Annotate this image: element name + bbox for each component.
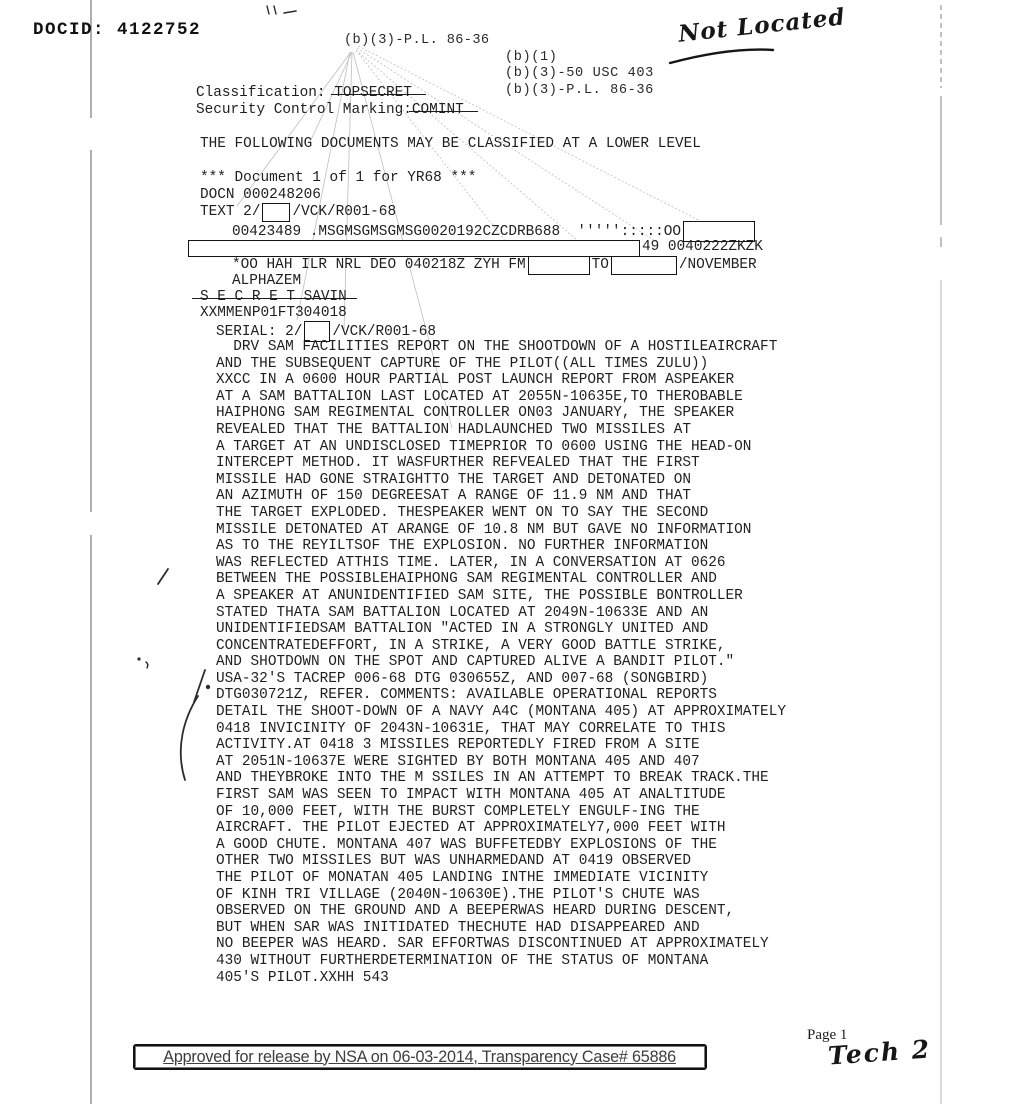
message-line-2: 49 0040222ZKZK — [188, 239, 763, 256]
text-line: BETWEEN THE POSSIBLEHAIPHONG SAM REGIMEN… — [216, 571, 786, 588]
text-line: USA-32'S TACREP 006-68 DTG 030655Z, AND … — [216, 671, 786, 688]
text-line: MISSILE DETONATED AT ARANGE OF 10.8 NM B… — [216, 522, 786, 539]
security-marking-line: Security Control Marking:COMINT — [196, 102, 464, 119]
message-line-3-suffix: /NOVEMBER — [679, 257, 757, 273]
text-line: THE TARGET EXPLODED. THESPEAKER WENT ON … — [216, 505, 786, 522]
text-line: OF 10,000 FEET, WITH THE BURST COMPLETEL… — [216, 804, 786, 821]
docid: DOCID: 4122752 — [33, 22, 201, 39]
docn-line: DOCN 000248206 — [200, 187, 321, 204]
text-line: OBSERVED ON THE GROUND AND A BEEPERWAS H… — [216, 903, 786, 920]
redaction-box — [528, 256, 590, 275]
exemption-label-top: (b)(3)-P.L. 86-36 — [344, 33, 489, 48]
text-line: A SPEAKER AT ANUNIDENTIFIED SAM SITE, TH… — [216, 588, 786, 605]
serial-line: SERIAL: 2//VCK/R001-68 — [216, 321, 436, 341]
message-line-3: *OO HAH ILR NRL DEO 040218Z ZYH FMTO/NOV… — [232, 256, 757, 274]
text-line: AT A SAM BATTALION LAST LOCATED AT 2055N… — [216, 389, 786, 406]
message-line-3-from: *OO HAH ILR NRL DEO 040218Z ZYH FM — [232, 257, 526, 273]
text-line: AN AZIMUTH OF 150 DEGREESAT A RANGE OF 1… — [216, 488, 786, 505]
text-line: BUT WHEN SAR WAS INITIDATED THECHUTE HAD… — [216, 920, 786, 937]
approval-stamp: Approved for release by NSA on 06-03-201… — [133, 1044, 707, 1070]
handwritten-tech2: Tech 2 — [827, 1034, 932, 1070]
marking-prefix: Security Control Marking: — [196, 102, 412, 118]
text-line: REVEALED THAT THE BATTALION HADLAUNCHED … — [216, 422, 786, 439]
text-serial-line: TEXT 2//VCK/R001-68 — [200, 203, 396, 221]
text-line: AIRCRAFT. THE PILOT EJECTED AT APPROXIMA… — [216, 820, 786, 837]
text-line: DETAIL THE SHOOT-DOWN OF A NAVY A4C (MON… — [216, 704, 786, 721]
text-line: NO BEEPER WAS HEARD. SAR EFFORTWAS DISCO… — [216, 936, 786, 953]
text-line: WAS REFLECTED ATTHIS TIME. LATER, IN A C… — [216, 555, 786, 572]
text-line: XXCC IN A 0600 HOUR PARTIAL POST LAUNCH … — [216, 372, 786, 389]
approval-stamp-text: Approved for release by NSA on 06-03-201… — [164, 1048, 677, 1067]
text-line: CONCENTRATEDEFFORT, IN A STRIKE, A VERY … — [216, 638, 786, 655]
lower-level-notice: THE FOLLOWING DOCUMENTS MAY BE CLASSIFIE… — [200, 136, 701, 153]
text-line: A GOOD CHUTE. MONTANA 407 WAS BUFFETEDBY… — [216, 837, 786, 854]
message-line-4: ALPHAZEM — [232, 273, 301, 290]
text-line: OF KINH TRI VILLAGE (2040N-10630E).THE P… — [216, 887, 786, 904]
text-line: AT 2051N-10637E WERE SIGHTED BY BOTH MON… — [216, 754, 786, 771]
redaction-box — [262, 203, 290, 222]
report-body: DRV SAM FACILITIES REPORT ON THE SHOOTDO… — [216, 339, 786, 986]
message-line-1-text: 00423489 .MSGMSGMSGMSG0020192CZCDRB688 '… — [232, 224, 681, 240]
text-line: INTERCEPT METHOD. IT WASFURTHER REFVEALE… — [216, 455, 786, 472]
text-line: HAIPHONG SAM REGIMENTAL CONTROLLER ON03 … — [216, 405, 786, 422]
exemption-labels-right: (b)(1)(b)(3)-50 USC 403(b)(3)-P.L. 86-36 — [505, 50, 654, 99]
secret-savin-line: S E C R E T SAVIN — [200, 289, 347, 306]
scanned-document-page: DOCID: 4122752 (b)(3)-P.L. 86-36 (b)(1)(… — [0, 0, 1011, 1104]
text-line: DTG030721Z, REFER. COMMENTS: AVAILABLE O… — [216, 687, 786, 704]
classification-value-struck: TOPSECRET — [334, 85, 412, 102]
text-line: UNIDENTIFIEDSAM BATTALION "ACTED IN A ST… — [216, 621, 786, 638]
text-line: DRV SAM FACILITIES REPORT ON THE SHOOTDO… — [216, 339, 786, 356]
secret-savin-struck: S E C R E T SAVIN — [200, 289, 347, 306]
text-line: A TARGET AT AN UNDISCLOSED TIMEPRIOR TO … — [216, 439, 786, 456]
redaction-box — [611, 256, 677, 275]
text-line: OTHER TWO MISSILES BUT WAS UNHARMEDAND A… — [216, 853, 786, 870]
redaction-box — [188, 240, 640, 257]
text-prefix: TEXT 2/ — [200, 204, 260, 220]
text-line: STATED THATA SAM BATTALION LOCATED AT 20… — [216, 605, 786, 622]
text-line: (b)(3)-50 USC 403 — [505, 66, 654, 82]
text-line: AND THE SUBSEQUENT CAPTURE OF THE PILOT(… — [216, 356, 786, 373]
document-counter: *** Document 1 of 1 for YR68 *** — [200, 170, 476, 187]
marking-value-struck: COMINT — [412, 102, 464, 119]
serial-suffix: /VCK/R001-68 — [332, 324, 436, 340]
serial-prefix: SERIAL: 2/ — [216, 324, 302, 340]
text-line: AND THEYBROKE INTO THE M SSILES IN AN AT… — [216, 770, 786, 787]
text-line: THE PILOT OF MONATAN 405 LANDING INTHE I… — [216, 870, 786, 887]
text-line: AND SHOTDOWN ON THE SPOT AND CAPTURED AL… — [216, 654, 786, 671]
text-suffix: /VCK/R001-68 — [292, 204, 396, 220]
message-line-3-to: TO — [592, 257, 609, 273]
text-line: MISSILE HAD GONE STRAIGHTTO THE TARGET A… — [216, 472, 786, 489]
classification-prefix: Classification: — [196, 85, 334, 101]
text-line: ACTIVITY.AT 0418 3 MISSILES REPORTEDLY F… — [216, 737, 786, 754]
message-line-2-text: 49 0040222ZKZK — [642, 239, 763, 255]
message-line-1: 00423489 .MSGMSGMSGMSG0020192CZCDRB688 '… — [232, 221, 757, 241]
text-line: 0418 INVICINITY OF 2043N-10631E, THAT MA… — [216, 721, 786, 738]
text-line: FIRST SAM WAS SEEN TO IMPACT WITH MONTAN… — [216, 787, 786, 804]
reference-line: XXMMENP01FT304018 — [200, 305, 347, 322]
not-located-underline — [670, 50, 773, 63]
text-line: (b)(1) — [505, 50, 654, 66]
text-line: 430 WITHOUT FURTHERDETERMINATION OF THE … — [216, 953, 786, 970]
classification-line: Classification: TOPSECRET — [196, 85, 412, 102]
handwritten-not-located: Not Located — [677, 3, 847, 47]
text-line: (b)(3)-P.L. 86-36 — [505, 83, 654, 99]
text-line: AS TO THE REYILTSOF THE EXPLOSION. NO FU… — [216, 538, 786, 555]
text-line: 405'S PILOT.XXHH 543 — [216, 970, 786, 987]
